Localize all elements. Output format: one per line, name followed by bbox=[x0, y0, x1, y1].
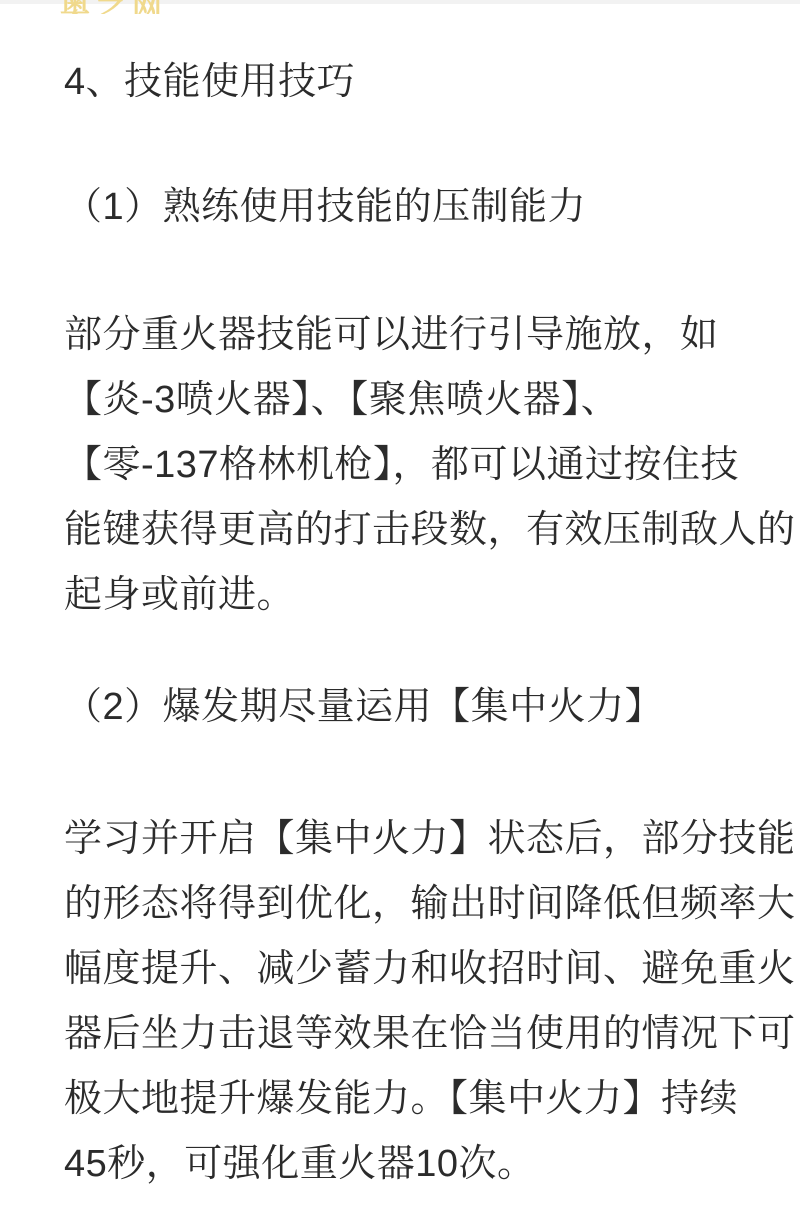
paragraph-2-line-3: 幅度提升、减少蓄力和收招时间、避免重火 bbox=[64, 937, 744, 1002]
section-heading-1: （1）熟练使用技能的压制能力 bbox=[64, 175, 744, 240]
article-body: 4、技能使用技巧 （1）熟练使用技能的压制能力 部分重火器技能可以进行引导施放，… bbox=[0, 0, 800, 1197]
paragraph-2-line-5: 极大地提升爆发能力。【集中火力】持续 bbox=[64, 1067, 744, 1132]
paragraph-2-line-2: 的形态将得到优化，输出时间降低但频率大 bbox=[64, 872, 744, 937]
paragraph-1-line-4: 能键获得更高的打击段数，有效压制敌人的 bbox=[64, 498, 744, 563]
paragraph-2-line-4: 器后坐力击退等效果在恰当使用的情况下可 bbox=[64, 1002, 744, 1067]
article-title: 4、技能使用技巧 bbox=[64, 50, 744, 115]
paragraph-1-line-2: 【炎-3喷火器】、【聚焦喷火器】、 bbox=[64, 368, 744, 433]
section-heading-2: （2）爆发期尽量运用【集中火力】 bbox=[64, 675, 744, 740]
paragraph-2-line-1: 学习并开启【集中火力】状态后，部分技能 bbox=[64, 807, 744, 872]
paragraph-2: 学习并开启【集中火力】状态后，部分技能 的形态将得到优化，输出时间降低但频率大 … bbox=[64, 807, 744, 1197]
paragraph-2-line-6: 45秒，可强化重火器10次。 bbox=[64, 1132, 744, 1197]
paragraph-1-line-3: 【零-137格林机枪】，都可以通过按住技 bbox=[64, 433, 744, 498]
paragraph-1-line-5: 起身或前进。 bbox=[64, 563, 744, 628]
paragraph-1-line-1: 部分重火器技能可以进行引导施放，如 bbox=[64, 303, 744, 368]
paragraph-1: 部分重火器技能可以进行引导施放，如 【炎-3喷火器】、【聚焦喷火器】、 【零-1… bbox=[64, 303, 744, 628]
